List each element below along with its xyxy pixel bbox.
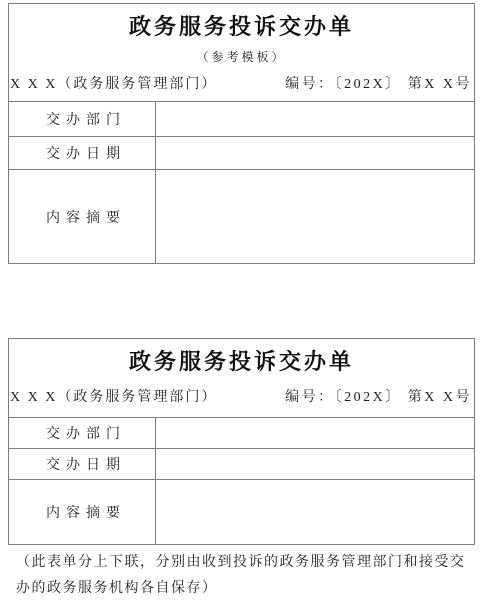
- table-row-content-summary: 内容摘要: [9, 480, 474, 544]
- complaint-assignment-form-top-copy: 政务服务投诉交办单 （参考模板） X X X（政务服务管理部门） 编号：〔202…: [8, 3, 475, 264]
- table-row-assign-date: 交办日期: [9, 449, 474, 480]
- assign-department-label: 交办部门: [9, 102, 156, 136]
- table-row-assign-date: 交办日期: [9, 137, 474, 170]
- table-row-content-summary: 内容摘要: [9, 170, 474, 263]
- assign-department-value-cell: [156, 102, 474, 136]
- complaint-assignment-form-bottom-copy: 政务服务投诉交办单 X X X（政务服务管理部门） 编号：〔202X〕 第X X…: [8, 338, 475, 545]
- form-header-row: X X X（政务服务管理部门） 编号：〔202X〕 第X X号: [9, 65, 474, 101]
- doc-number-label: 编号：〔202X〕 第X X号: [285, 386, 472, 406]
- content-summary-label: 内容摘要: [9, 170, 156, 263]
- issuer-label: X X X（政务服务管理部门）: [10, 73, 217, 93]
- doc-number-label: 编号：〔202X〕 第X X号: [285, 73, 472, 93]
- assign-department-value-cell: [156, 418, 474, 448]
- assign-date-value-cell: [156, 449, 474, 479]
- table-row-assign-department: 交办部门: [9, 418, 474, 449]
- form-header-row: X X X（政务服务管理部门） 编号：〔202X〕 第X X号: [9, 375, 474, 417]
- form-table: 交办部门 交办日期 内容摘要: [9, 101, 474, 263]
- content-summary-value-cell: [156, 480, 474, 544]
- form-title: 政务服务投诉交办单: [9, 4, 474, 40]
- assign-date-label: 交办日期: [9, 137, 156, 169]
- content-summary-label: 内容摘要: [9, 480, 156, 544]
- form-footnote: （此表单分上下联，分别由收到投诉的政务服务管理部门和接受交 办的政务服务机构各自…: [16, 550, 478, 600]
- assign-date-value-cell: [156, 137, 474, 169]
- assign-department-label: 交办部门: [9, 418, 156, 448]
- table-row-assign-department: 交办部门: [9, 102, 474, 137]
- form-subtitle: （参考模板）: [9, 49, 474, 65]
- content-summary-value-cell: [156, 170, 474, 263]
- footnote-line-2: 办的政务服务机构各自保存）: [16, 576, 478, 600]
- form-title: 政务服务投诉交办单: [9, 339, 474, 375]
- footnote-line-1: （此表单分上下联，分别由收到投诉的政务服务管理部门和接受交: [16, 550, 478, 576]
- assign-date-label: 交办日期: [9, 449, 156, 479]
- form-table: 交办部门 交办日期 内容摘要: [9, 417, 474, 544]
- issuer-label: X X X（政务服务管理部门）: [10, 386, 217, 406]
